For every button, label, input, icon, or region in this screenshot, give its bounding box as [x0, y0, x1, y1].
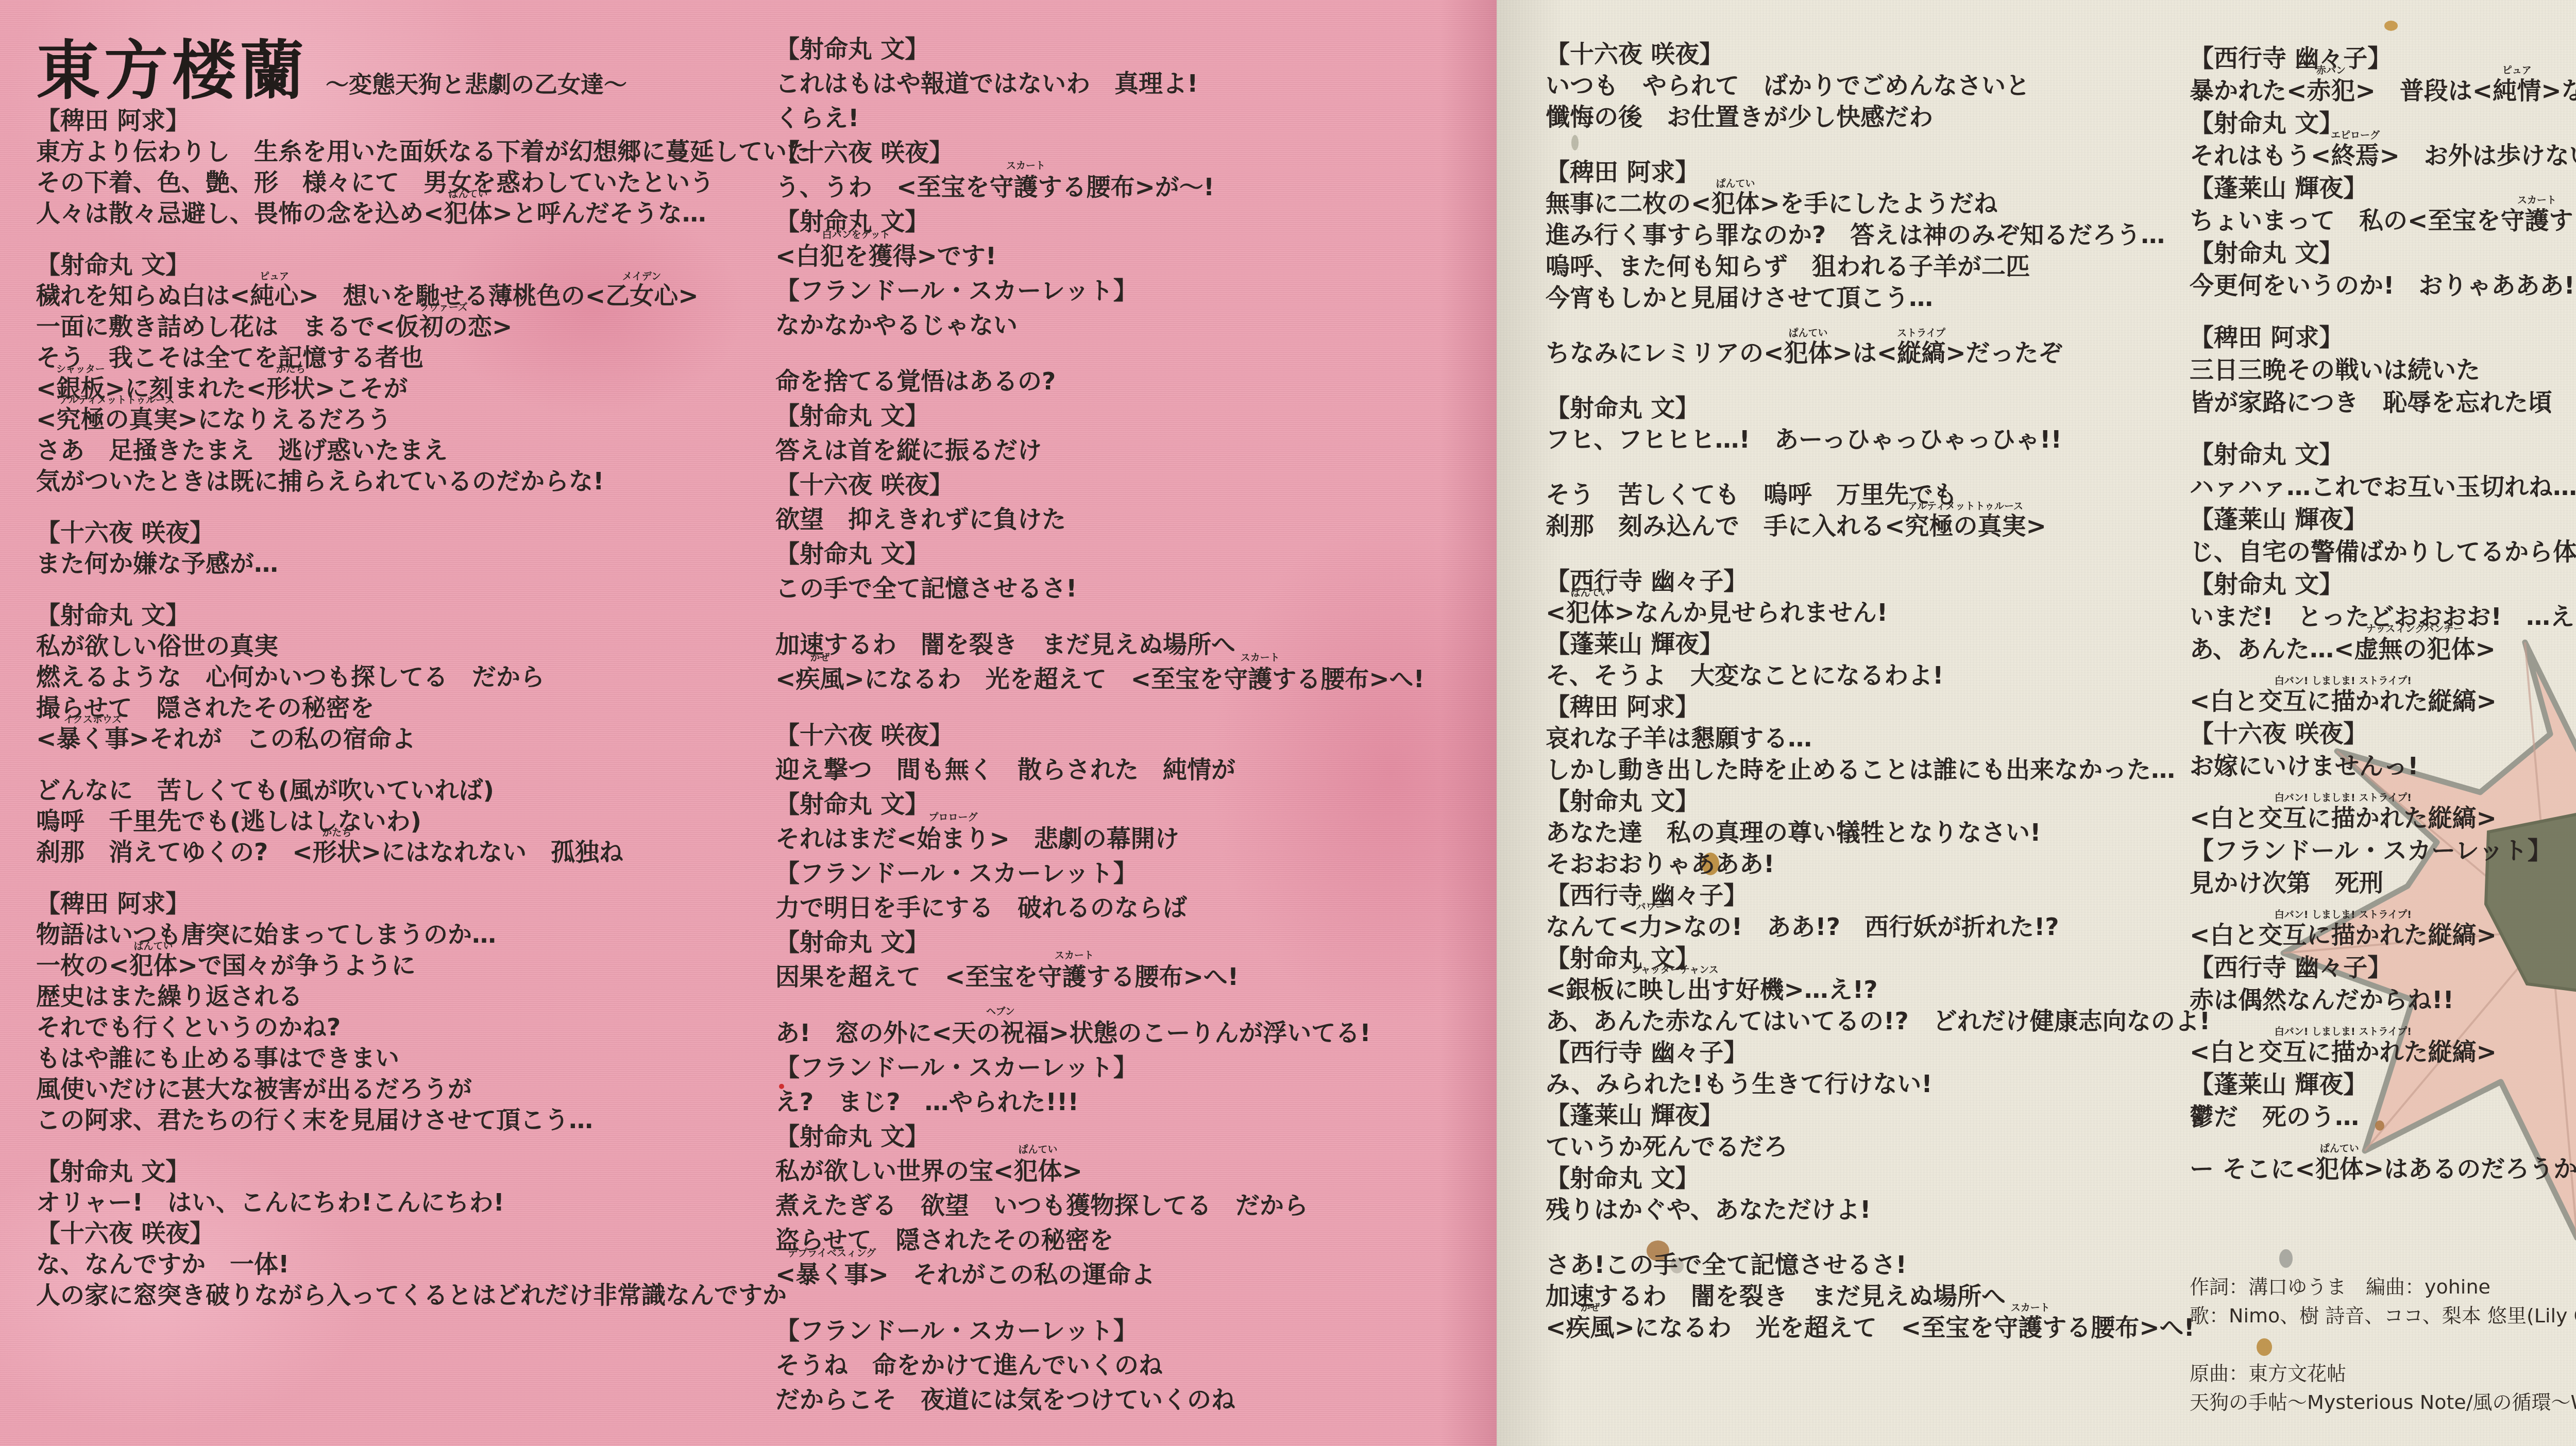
speaker-label: 【射命丸 文】 — [36, 1156, 783, 1187]
lyric-line: 人の家に窓突き破りながら入ってくるとはどれだけ非常識なんですか — [36, 1280, 783, 1311]
speaker-label: 【西行寺 幽々子】 — [1546, 566, 2246, 597]
speaker-label: 【フランドール・スカーレット】 — [775, 1050, 1476, 1085]
lyric-line: あ、あんた赤なんてはいてるの!? どれだけ健康志向なのよ! — [1546, 1006, 2246, 1037]
lyric-line: そう 苦しくても 嗚呼 万里先でも — [1546, 479, 2246, 511]
lyric-line: しかし動き出した時を止めることは誰にも出来なかった… — [1546, 754, 2246, 786]
booklet-scan: 東方楼蘭 ～変態天狗と悲劇の乙女達～ 【稗田 阿求】東方より伝わりし 生糸を用い… — [0, 0, 2576, 1446]
lyric-line: ハァハァ…これでお互い玉切れね… — [2190, 471, 2576, 503]
lyric-line: この阿求、君たちの行く末を見届けさせて頂こう… — [36, 1105, 783, 1136]
line-gap — [36, 755, 783, 775]
page-left: 東方楼蘭 ～変態天狗と悲劇の乙女達～ 【稗田 阿求】東方より伝わりし 生糸を用い… — [0, 0, 1497, 1446]
furigana-reading: ピュア — [260, 272, 289, 282]
speaker-label: 【稗田 阿求】 — [2190, 321, 2576, 354]
lyric-line: み、みられた!もう生きて行けない! — [1546, 1068, 2246, 1100]
lyric-line: 嗚呼 千里先でも(逃しはしないわ) — [36, 806, 783, 837]
lyric-line: <犯体ぱんてい>なんか見せられません! — [1546, 597, 2246, 628]
lyric-line: 風使いだけに甚大な被害が出るだろうが — [36, 1074, 783, 1105]
line-gap — [775, 994, 1476, 1016]
lyric-line: この手で全て記憶させるさ! — [775, 571, 1476, 606]
furigana-reading: かたち — [322, 828, 351, 838]
line-gap — [36, 1136, 783, 1156]
speaker-label: 【蓬莱山 輝夜】 — [1546, 1100, 2246, 1131]
furigana-term: 白と交互に描かれた縦縞白パン! しましま! ストライプ! — [2210, 802, 2476, 835]
paper-stain — [2279, 1249, 2293, 1268]
line-gap — [1546, 133, 2246, 157]
furigana-reading: かぜ — [1580, 1303, 1600, 1313]
furigana-term: 縦縞ストライプ — [1897, 337, 1945, 369]
lyric-line: 私が欲しい世界の宝<犯体ぱんてい> — [775, 1154, 1476, 1188]
furigana-reading: スカート — [2011, 1303, 2050, 1313]
furigana-term: 至宝を守護する腰布スカート — [965, 960, 1183, 994]
speaker-label: 【フランドール・スカーレット】 — [775, 1314, 1476, 1348]
speaker-label: 【蓬莱山 輝夜】 — [1546, 628, 2246, 660]
furigana-reading: かぜ — [810, 653, 829, 663]
lyric-line: 命を捨てる覚悟はあるの? — [775, 364, 1476, 399]
furigana-term: 犯体ぱんてい — [444, 198, 492, 229]
line-gap — [36, 497, 783, 518]
lyric-line: そ、そうよ 大変なことになるわよ! — [1546, 660, 2246, 691]
furigana-reading: スカート — [1241, 653, 1280, 663]
lyrics-column-3: 【十六夜 咲夜】いつも やられて ばかりでごめんなさいと懺悔の後 お仕置きが少し… — [1546, 39, 2246, 1343]
lyric-line: これはもはや報道ではないわ 真理よ! — [775, 66, 1476, 101]
lyric-line: <疾風かぜ>になるわ 光を超えて <至宝を守護する腰布スカート>へ! — [775, 662, 1476, 696]
furigana-reading: ぱんてい — [448, 190, 487, 199]
furigana-reading: スカート — [1055, 951, 1094, 961]
lyric-line: え? まじ? …やられた!!! — [775, 1085, 1476, 1119]
furigana-term: 暴く事デプライベスィング — [795, 1257, 868, 1292]
lyric-line: 鬱だ 死のう… — [2190, 1101, 2576, 1133]
lyrics-column-1: 【稗田 阿求】東方より伝わりし 生糸を用いた面妖なる下着が幻想郷に蔓延していたそ… — [36, 106, 783, 1311]
lyric-line: 刹那 消えてゆくの? <形状かたち>にはなれない 孤独ね — [36, 837, 783, 868]
line-gap — [775, 606, 1476, 627]
furigana-reading: かたち — [276, 365, 306, 375]
furigana-term: 究極の真実アルティメットトゥルース — [56, 404, 177, 435]
line-gap — [2190, 1330, 2576, 1359]
furigana-reading: ぱんてい — [1570, 588, 1609, 598]
furigana-reading: ぱんてい — [2320, 1144, 2359, 1154]
lyric-line: そうね 命をかけて進んでいくのね — [775, 1348, 1476, 1383]
lyric-line: 煮えたぎる 欲望 いつも獲物探してる だから — [775, 1188, 1476, 1223]
furigana-reading: ラヴァーズ — [419, 303, 468, 313]
credits-line: 作詞：溝口ゆうま 編曲：yohine — [2190, 1272, 2576, 1301]
furigana-term: 白と交互に描かれた縦縞白パン! しましま! ストライプ! — [2210, 919, 2476, 951]
furigana-term: 至宝を守護する腰布スカート — [2428, 205, 2576, 237]
furigana-reading: パワー — [1636, 903, 1665, 912]
credits-line: 歌：Nimo、樹 詩音、ココ、梨本 悠里(Lily Crown) 語り：gak — [2190, 1301, 2576, 1330]
paper-stain — [2384, 21, 2398, 31]
speaker-label: 【十六夜 咲夜】 — [36, 1218, 783, 1249]
furigana-term: 犯体ぱんてい — [1784, 337, 1832, 369]
furigana-reading: アルティメットトゥルース — [1908, 502, 2023, 512]
speaker-label: 【稗田 阿求】 — [36, 106, 783, 137]
lyric-line: <白と交互に描かれた縦縞白パン! しましま! ストライプ!> — [2190, 802, 2576, 835]
furigana-term: 純情ピュア — [2493, 75, 2541, 107]
furigana-reading: デプライベスィング — [788, 1249, 876, 1258]
speaker-label: 【射命丸 文】 — [775, 537, 1476, 571]
speaker-label: 【射命丸 文】 — [1546, 393, 2246, 424]
furigana-term: 犯体ぱんてい — [129, 950, 177, 981]
speaker-label: 【射命丸 文】 — [2190, 107, 2576, 140]
line-gap — [1546, 314, 2246, 337]
furigana-term: 犯体ぱんてい — [1013, 1154, 1062, 1188]
line-gap — [1546, 542, 2246, 566]
furigana-term: 疾風かぜ — [1566, 1312, 1614, 1343]
furigana-term: 至宝を守護する腰布スカート — [1151, 662, 1369, 696]
speaker-label: 【蓬莱山 輝夜】 — [2190, 1068, 2576, 1101]
lyric-line: ちなみにレミリアの<犯体ぱんてい>は<縦縞ストライプ>だったぞ — [1546, 337, 2246, 369]
lyric-line: それでも行くというのかね? — [36, 1012, 783, 1043]
furigana-term: 犯体ぱんてい — [1711, 188, 1759, 219]
furigana-reading: ヘブン — [986, 1007, 1015, 1017]
lyric-line: 加速するわ 闇を裂き まだ見えぬ場所へ — [775, 627, 1476, 662]
speaker-label: 【稗田 阿求】 — [36, 889, 783, 920]
lyric-line: ていうか死んでるだろ — [1546, 1131, 2246, 1163]
lyric-line: 迎え撃つ 間も無く 散らされた 純情が — [775, 753, 1476, 787]
furigana-term: 至宝を守護する腰布スカート — [917, 170, 1134, 205]
furigana-term: 犯体ぱんてい — [1566, 597, 1614, 628]
lyric-line: くらえ! — [775, 101, 1476, 135]
furigana-reading: ストライプ — [1897, 329, 1945, 338]
speaker-label: 【フランドール・スカーレット】 — [775, 274, 1476, 308]
line-gap — [775, 696, 1476, 718]
lyric-line: その下着、色、艶、形 様々にて 男女を惑わしていたという — [36, 167, 783, 198]
furigana-term: 至宝を守護する腰布スカート — [1921, 1312, 2139, 1343]
speaker-label: 【射命丸 文】 — [775, 925, 1476, 960]
speaker-label: 【西行寺 幽々子】 — [2190, 951, 2576, 984]
lyric-line: もはや誰にも止める事はできまい — [36, 1043, 783, 1074]
speaker-label: 【射命丸 文】 — [1546, 786, 2246, 817]
credits-block: 作詞：溝口ゆうま 編曲：yohine歌：Nimo、樹 詩音、ココ、梨本 悠里(L… — [2190, 1272, 2576, 1417]
furigana-reading: ぱんてい — [1018, 1145, 1057, 1155]
lyric-line: さあ!この手で全て記憶させるさ! — [1546, 1249, 2246, 1281]
lyric-line: オリャー! はい、こんにちわ!こんにちわ! — [36, 1187, 783, 1218]
credits-line: 天狗の手帖～Mysterious Note/風の循環～Wind Tour/東の国… — [2190, 1388, 2576, 1417]
furigana-term: 白犯を獲得白パンをゲット — [795, 239, 917, 274]
speaker-label: 【射命丸 文】 — [36, 250, 783, 281]
furigana-reading: 白パン! しましま! ストライプ! — [2275, 910, 2412, 920]
lyric-line: いつも やられて ばかりでごめんなさいと — [1546, 70, 2246, 101]
lyric-line: 東方より伝わりし 生糸を用いた面妖なる下着が幻想郷に蔓延していた — [36, 137, 783, 167]
lyric-line: <究極の真実アルティメットトゥルース>になりえるだろう — [36, 404, 783, 435]
line-gap — [36, 229, 783, 250]
lyric-line: 懺悔の後 お仕置きが少し快感だわ — [1546, 101, 2246, 133]
lyrics-column-4: 【西行寺 幽々子】暴かれた<赤犯赤パン> 普段は<純情ピュア>な<犯体パンツ>【… — [2190, 42, 2576, 1185]
lyric-line: 因果を超えて <至宝を守護する腰布スカート>へ! — [775, 960, 1476, 994]
furigana-reading: ぱんてい — [1788, 329, 1827, 338]
speaker-label: 【稗田 阿求】 — [1546, 691, 2246, 723]
furigana-reading: ぱんてい — [1716, 179, 1755, 189]
furigana-term: 形状かたち — [313, 837, 361, 868]
furigana-reading: 白パン! しましま! ストライプ! — [2275, 676, 2412, 686]
lyric-line: 気がついたときは既に捕らえられているのだからな! — [36, 466, 783, 497]
furigana-reading: スカート — [1006, 161, 1045, 171]
line-gap — [1546, 369, 2246, 393]
furigana-term: 力パワー — [1638, 911, 1663, 943]
furigana-term: 究極の真実アルティメットトゥルース — [1905, 511, 2026, 542]
line-gap — [1546, 1226, 2246, 1249]
speaker-label: 【フランドール・スカーレット】 — [775, 856, 1476, 891]
album-subtitle: ～変態天狗と悲劇の乙女達～ — [326, 66, 627, 99]
lyric-line: <疾風かぜ>になるわ 光を超えて <至宝を守護する腰布スカート>へ! — [1546, 1312, 2246, 1343]
line-gap — [775, 1292, 1476, 1314]
speaker-label: 【十六夜 咲夜】 — [1546, 39, 2246, 70]
lyric-line: さあ 足掻きたまえ 逃げ惑いたまえ — [36, 435, 783, 466]
title-row: 東方楼蘭 ～変態天狗と悲劇の乙女達～ — [36, 20, 627, 111]
lyric-line: それはまだ<始まりプロローグ> 悲劇の幕開け — [775, 822, 1476, 856]
speaker-label: 【西行寺 幽々子】 — [1546, 1037, 2246, 1068]
lyric-line: 盗らせて 隠されたその秘密を — [775, 1223, 1476, 1257]
furigana-term: 天の祝福ヘブン — [952, 1016, 1049, 1050]
furigana-reading: シャッターチャンス — [1631, 965, 1718, 975]
lyric-line: また何か嫌な予感が… — [36, 549, 783, 580]
lyric-line: だからこそ 夜道には気をつけていくのね — [775, 1383, 1476, 1417]
lyric-line: ー そこに<犯体ぱんてい>はあるのだろうか? — [2190, 1153, 2576, 1185]
lyric-line: 今宵もしかと見届けさせて頂こう… — [1546, 282, 2246, 314]
lyric-line: 撮らせて 隠されたその秘密を — [36, 693, 783, 724]
speaker-label: 【十六夜 咲夜】 — [775, 718, 1476, 753]
lyric-line: そう 我こそは全てを記憶する者也 — [36, 343, 783, 373]
lyric-line: 進み行く事すら罪なのか? 答えは神のみぞ知るだろう… — [1546, 219, 2246, 251]
speaker-label: 【稗田 阿求】 — [1546, 157, 2246, 188]
furigana-term: 虚無の犯体ナッスィングパンチー — [2354, 633, 2476, 666]
furigana-term: 形状かたち — [266, 373, 315, 404]
furigana-term: 疾風かぜ — [795, 662, 844, 696]
lyric-line: <白犯を獲得白パンをゲット>です! — [775, 239, 1476, 274]
speaker-label: 【蓬莱山 輝夜】 — [2190, 503, 2576, 536]
speaker-label: 【十六夜 咲夜】 — [775, 468, 1476, 502]
lyric-line: <白と交互に描かれた縦縞白パン! しましま! ストライプ!> — [2190, 1036, 2576, 1068]
furigana-term: 乙女心メイデン — [605, 281, 678, 312]
speaker-label: 【十六夜 咲夜】 — [2190, 718, 2576, 750]
lyric-line: 一面に敷き詰めし花は まるで<仮初の恋ラヴァーズ> — [36, 312, 783, 343]
speaker-label: 【射命丸 文】 — [775, 32, 1476, 66]
speaker-label: 【十六夜 咲夜】 — [36, 518, 783, 549]
furigana-reading: イクスポウズ — [63, 715, 122, 725]
album-title: 東方楼蘭 — [36, 20, 308, 111]
lyric-line: なかなかやるじゃない — [775, 308, 1476, 343]
speaker-label: 【フランドール・スカーレット】 — [2190, 835, 2576, 867]
furigana-term: 銀板に映し出す好機シャッターチャンス — [1566, 974, 1784, 1006]
speaker-label: 【射命丸 文】 — [2190, 438, 2576, 471]
furigana-reading: 赤パン — [2316, 66, 2346, 76]
furigana-reading: ぱんてい — [133, 942, 173, 951]
lyric-line: フヒ、フヒヒヒ…! あーっひゃっひゃっひゃ!! — [1546, 424, 2246, 455]
lyric-line: なんて<力パワー>なの! ああ!? 西行妖が折れた!? — [1546, 911, 2246, 943]
furigana-reading: スカート — [2517, 196, 2556, 206]
lyric-line: 燃えるような 心何かいつも探してる だから — [36, 662, 783, 693]
speaker-label: 【射命丸 文】 — [775, 787, 1476, 822]
furigana-term: 白と交互に描かれた縦縞白パン! しましま! ストライプ! — [2210, 1036, 2476, 1068]
lyric-line: そおおおりゃあああ! — [1546, 848, 2246, 880]
speaker-label: 【射命丸 文】 — [2190, 237, 2576, 269]
lyric-line: 残りはかぐや、あなただけよ! — [1546, 1194, 2246, 1226]
furigana-term: 始まりプロローグ — [917, 822, 989, 856]
lyric-line: あ、あんた…<虚無の犯体ナッスィングパンチー> — [2190, 633, 2576, 666]
line-gap — [36, 868, 783, 889]
lyric-line: 暴かれた<赤犯赤パン> 普段は<純情ピュア>な<犯体パンツ> — [2190, 75, 2576, 107]
lyric-line: ちょいまって 私の<至宝を守護する腰布スカート>めくったらやばい — [2190, 205, 2576, 237]
lyric-line: お嫁にいけませんっ! — [2190, 750, 2576, 782]
furigana-reading: ピュア — [2502, 66, 2532, 76]
credits-line: 原曲：東方文花帖 — [2190, 1359, 2576, 1388]
lyric-line: な、なんですか 一体! — [36, 1249, 783, 1280]
lyric-line: あ! 窓の外に<天の祝福ヘブン>状態のこーりんが浮いてる! — [775, 1016, 1476, 1050]
speaker-label: 【射命丸 文】 — [36, 600, 783, 631]
lyric-line: 欲望 抑えきれずに負けた — [775, 502, 1476, 537]
lyric-line: <白と交互に描かれた縦縞白パン! しましま! ストライプ!> — [2190, 919, 2576, 951]
lyric-line: <暴く事デプライベスィング> それがこの私の運命よ — [775, 1257, 1476, 1292]
lyric-line: じ、自宅の警備ばかりしてるから体力が…あぁ…ふらふら — [2190, 536, 2576, 568]
lyric-line: <白と交互に描かれた縦縞白パン! しましま! ストライプ!> — [2190, 685, 2576, 718]
line-gap — [775, 343, 1476, 364]
lyric-line: 一枚の<犯体ぱんてい>で国々が争うように — [36, 950, 783, 981]
line-gap — [1546, 455, 2246, 479]
lyric-line: それはもう<終焉エピローグ> お外は歩けない — [2190, 140, 2576, 172]
lyric-line: 今更何をいうのか! おりゃあああ! — [2190, 269, 2576, 302]
furigana-reading: プロローグ — [928, 813, 977, 823]
lyric-line: 三日三晩その戦いは続いた — [2190, 354, 2576, 386]
speaker-label: 【射命丸 文】 — [775, 399, 1476, 433]
page-right: 【十六夜 咲夜】いつも やられて ばかりでごめんなさいと懺悔の後 お仕置きが少し… — [1497, 0, 2576, 1446]
line-gap — [2190, 1133, 2576, 1153]
lyric-line: 穢れを知らぬ白は<純心ピュア> 想いを馳せる薄桃色の<乙女心メイデン> — [36, 281, 783, 312]
furigana-reading: ナッスィングパンチー — [2366, 624, 2464, 634]
lyric-line: 人々は散々忌避し、畏怖の念を込め<犯体ぱんてい>と呼んだそうな… — [36, 198, 783, 229]
furigana-reading: 白パンをゲット — [822, 230, 890, 240]
furigana-term: 終焉エピローグ — [2331, 140, 2379, 172]
furigana-reading: シャッター — [56, 365, 105, 375]
lyric-line: 嗚呼、また何も知らず 狙われる子羊が二匹 — [1546, 251, 2246, 282]
lyric-line: 皆が家路につき 恥辱を忘れた頃 ようやく決着がつこうとしていた… — [2190, 386, 2576, 419]
speaker-label: 【十六夜 咲夜】 — [775, 135, 1476, 170]
line-gap — [2190, 302, 2576, 321]
lyric-line: 答えは首を縦に振るだけ — [775, 433, 1476, 468]
lyric-line: 刹那 刻み込んで 手に入れる<究極の真実アルティメットトゥルース> — [1546, 511, 2246, 542]
speaker-label: 【射命丸 文】 — [1546, 1163, 2246, 1194]
line-gap — [2190, 419, 2576, 438]
lyric-line: 力で明日を手にする 破れるのならば — [775, 891, 1476, 925]
lyric-line: う、うわ <至宝を守護する腰布スカート>が～! — [775, 170, 1476, 205]
furigana-term: 白と交互に描かれた縦縞白パン! しましま! ストライプ! — [2210, 685, 2476, 718]
speaker-label: 【射命丸 文】 — [775, 1119, 1476, 1154]
lyric-line: どんなに 苦しくても(風が吹いていれば) — [36, 775, 783, 806]
lyric-line: 見かけ次第 死刑 — [2190, 867, 2576, 899]
lyric-line: あなた達 私の真理の尊い犠牲となりなさい! — [1546, 817, 2246, 848]
furigana-reading: メイデン — [622, 272, 661, 282]
lyric-line: 赤は偶然なんだからね!! — [2190, 984, 2576, 1016]
lyric-line: 無事に二枚の<犯体ぱんてい>を手にしたようだね — [1546, 188, 2246, 219]
lyric-line: 加速するわ 闇を裂き まだ見えぬ場所へ — [1546, 1281, 2246, 1312]
lyric-line: <暴く事イクスポウズ>それが この私の宿命よ — [36, 724, 783, 755]
furigana-term: 仮初の恋ラヴァーズ — [395, 312, 492, 343]
furigana-term: 赤犯赤パン — [2307, 75, 2355, 107]
lyric-line: <銀板に映し出す好機シャッターチャンス>…え!? — [1546, 974, 2246, 1006]
furigana-reading: 白パン! しましま! ストライプ! — [2275, 793, 2412, 803]
lyric-line: 歴史はまた繰り返される — [36, 981, 783, 1012]
furigana-term: 純心ピュア — [250, 281, 298, 312]
furigana-reading: エピローグ — [2331, 131, 2380, 141]
furigana-term: 犯体ぱんてい — [2315, 1153, 2364, 1185]
furigana-reading: アルティメットトゥルース — [59, 396, 175, 405]
lyric-line: 哀れな子羊は懇願する… — [1546, 723, 2246, 754]
lyrics-column-2: 【射命丸 文】これはもはや報道ではないわ 真理よ!くらえ!【十六夜 咲夜】う、う… — [775, 32, 1476, 1417]
furigana-reading: 白パン! しましま! ストライプ! — [2275, 1027, 2412, 1037]
lyric-line: 私が欲しい俗世の真実 — [36, 631, 783, 662]
line-gap — [36, 580, 783, 600]
speaker-label: 【射命丸 文】 — [2190, 568, 2576, 601]
furigana-term: 暴く事イクスポウズ — [56, 724, 129, 755]
